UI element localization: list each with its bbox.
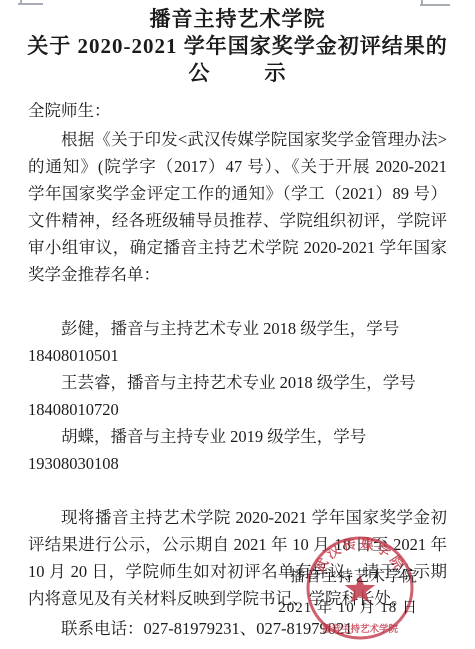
nominee-list: 彭健，播音与主持艺术专业 2018 级学生，学号 18408010501 王芸睿… [28, 315, 447, 477]
seal-bottom-text: 播音主持艺术学院 [322, 623, 399, 635]
subject-title: 关于 2020-2021 学年国家奖学金初评结果的 [0, 33, 475, 60]
scan-artifact-top-right [420, 4, 450, 6]
document-title-block: 播音主持艺术学院 关于 2020-2021 学年国家奖学金初评结果的 公 示 [0, 0, 475, 87]
signature-date: 2021 年 10 月 18 日 [278, 596, 418, 617]
nominee-item-2: 王芸睿，播音与主持艺术专业 2018 级学生，学号 18408010720 [28, 369, 447, 423]
announcement-title: 公 示 [0, 60, 475, 87]
org-title: 播音主持艺术学院 [0, 6, 475, 33]
paragraph-basis: 根据《关于印发<武汉传媒学院国家奖学金管理办法>的通知》(院学字（2017）47… [28, 126, 447, 288]
signature-org: 播音主持艺术学院 [290, 565, 418, 586]
scan-artifact-top-right-tick [421, 0, 423, 6]
salutation: 全院师生： [28, 97, 447, 124]
nominee-item-3: 胡蝶，播音与主持专业 2019 级学生，学号 19308030108 [28, 423, 447, 477]
scan-artifact-top-left-tick [20, 0, 22, 5]
nominee-item-1: 彭健，播音与主持艺术专业 2018 级学生，学号 18408010501 [28, 315, 447, 369]
official-seal: 武汉传媒学院 播音主持艺术学院 [304, 535, 416, 643]
announcement-title-char-right: 示 [265, 60, 287, 87]
announcement-title-char-left: 公 [189, 60, 211, 87]
document-page: 播音主持艺术学院 关于 2020-2021 学年国家奖学金初评结果的 公 示 全… [0, 0, 475, 649]
